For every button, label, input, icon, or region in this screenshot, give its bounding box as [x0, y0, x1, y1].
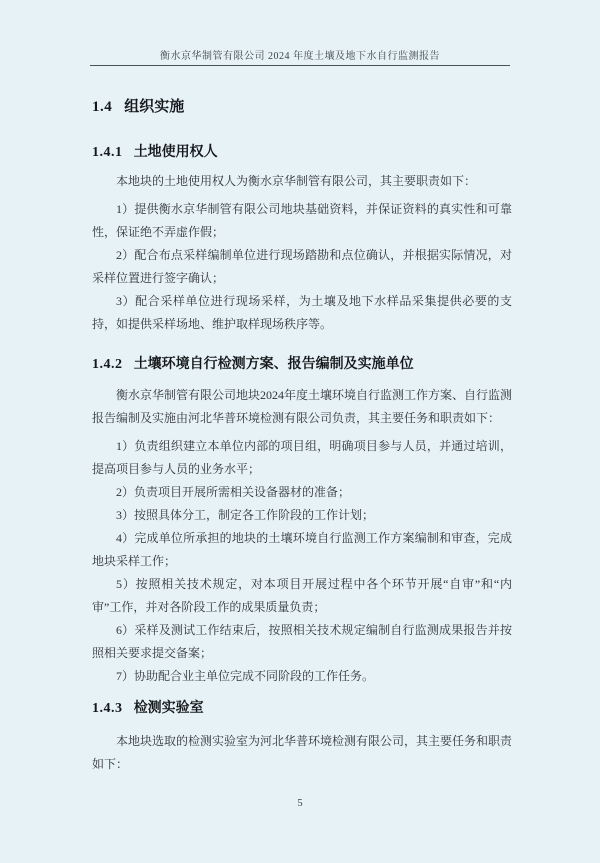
section-number: 1.4	[92, 99, 112, 115]
list-item: 1）提供衡水京华制管有限公司地块基础资料，并保证资料的真实性和可靠性，保证绝不弄…	[92, 198, 512, 244]
list-item: 4）完成单位所承担的地块的土壤环境自行监测工作方案编制和审查，完成地块采样工作；	[92, 527, 512, 573]
section-number: 1.4.2	[92, 357, 123, 372]
section-title: 土壤环境自行检测方案、报告编制及实施单位	[134, 357, 414, 372]
page-footer: 5	[0, 798, 600, 809]
paragraph-land-user-intro: 本地块的土地使用权人为衡水京华制管有限公司，其主要职责如下：	[92, 170, 512, 193]
paragraph-implementation-intro: 衡水京华制管有限公司地块2024年度土壤环境自行监测工作方案、自行监测报告编制及…	[92, 384, 512, 430]
section-number: 1.4.3	[92, 701, 123, 716]
section-title: 土地使用权人	[134, 145, 218, 160]
section-title: 组织实施	[124, 99, 184, 115]
header-rule	[90, 65, 510, 66]
page-number: 5	[297, 798, 302, 809]
list-item: 2）配合布点采样编制单位进行现场踏勘和点位确认，并根据实际情况，对采样位置进行签…	[92, 244, 512, 290]
section-number: 1.4.1	[92, 145, 123, 160]
list-item: 5）按照相关技术规定，对本项目开展过程中各个环节开展“自审”和“内审”工作，并对…	[92, 573, 512, 619]
page-header: 衡水京华制管有限公司 2024 年度土壤及地下水自行监测报告	[0, 0, 600, 66]
section-title: 检测实验室	[134, 701, 204, 716]
section-heading-1-4-1: 1.4.1土地使用权人	[92, 143, 512, 162]
section-heading-1-4-2: 1.4.2土壤环境自行检测方案、报告编制及实施单位	[92, 355, 512, 374]
document-content: 1.4组织实施 1.4.1土地使用权人 本地块的土地使用权人为衡水京华制管有限公…	[0, 97, 600, 776]
list-item: 1）负责组织建立本单位内部的项目组，明确项目参与人员，并通过培训，提高项目参与人…	[92, 435, 512, 481]
document-page: 衡水京华制管有限公司 2024 年度土壤及地下水自行监测报告 1.4组织实施 1…	[0, 0, 600, 863]
list-item: 3）配合采样单位进行现场采样，为土壤及地下水样品采集提供必要的支持，如提供采样场…	[92, 290, 512, 336]
section-heading-1-4: 1.4组织实施	[92, 97, 512, 117]
paragraph-laboratory-intro: 本地块选取的检测实验室为河北华普环境检测有限公司，其主要任务和职责如下：	[92, 730, 512, 776]
list-item: 7）协助配合业主单位完成不同阶段的工作任务。	[92, 665, 512, 688]
section-heading-1-4-3: 1.4.3检测实验室	[92, 699, 512, 718]
running-header-title: 衡水京华制管有限公司 2024 年度土壤及地下水自行监测报告	[0, 51, 600, 63]
list-item: 6）采样及测试工作结束后，按照相关技术规定编制自行监测成果报告并按照相关要求提交…	[92, 619, 512, 665]
list-item: 2）负责项目开展所需相关设备器材的准备；	[92, 481, 512, 504]
list-item: 3）按照具体分工，制定各工作阶段的工作计划；	[92, 504, 512, 527]
